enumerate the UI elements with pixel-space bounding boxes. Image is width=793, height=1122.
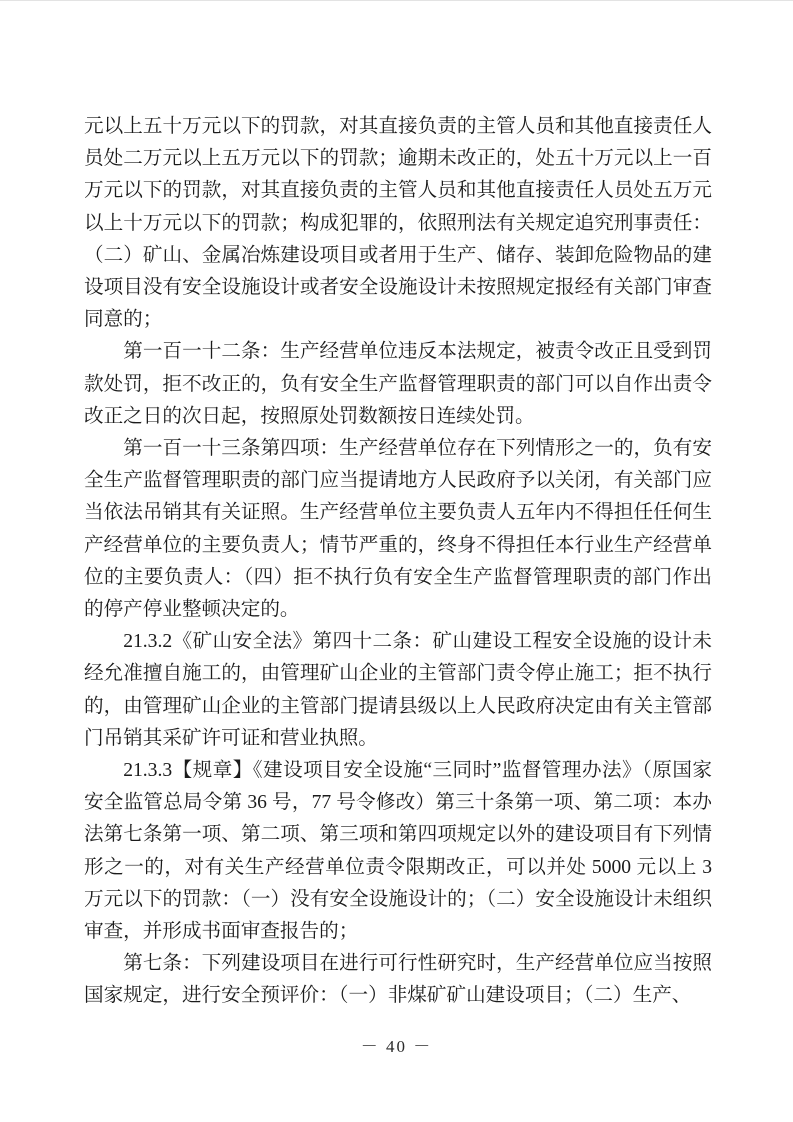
document-body: 元以上五十万元以下的罚款，对其直接负责的主管人员和其他直接责任人员处二万元以上五… — [84, 111, 712, 1013]
paragraph-article-112: 第一百一十二条：生产经营单位违反本法规定，被责令改正且受到罚款处罚，拒不改正的，… — [84, 336, 712, 433]
paragraph-continuation-penalties: 元以上五十万元以下的罚款，对其直接负责的主管人员和其他直接责任人员处二万元以上五… — [84, 111, 712, 336]
paragraph-article-113-item-4: 第一百一十三条第四项：生产经营单位存在下列情形之一的，负有安全生产监督管理职责的… — [84, 433, 712, 626]
paragraph-21-3-3-regulation: 21.3.3【规章】《建设项目安全设施“三同时”监督管理办法》（原国家安全监管总… — [84, 755, 712, 948]
paragraph-article-7: 第七条：下列建设项目在进行可行性研究时，生产经营单位应当按照国家规定，进行安全预… — [84, 948, 712, 1012]
page-number: － 40 － — [0, 1036, 793, 1058]
document-page: 元以上五十万元以下的罚款，对其直接负责的主管人员和其他直接责任人员处二万元以上五… — [0, 0, 793, 1122]
paragraph-21-3-2-mine-safety-law: 21.3.2《矿山安全法》第四十二条：矿山建设工程安全设施的设计未经允准擅自施工… — [84, 626, 712, 755]
scan-top-edge — [0, 0, 793, 1]
